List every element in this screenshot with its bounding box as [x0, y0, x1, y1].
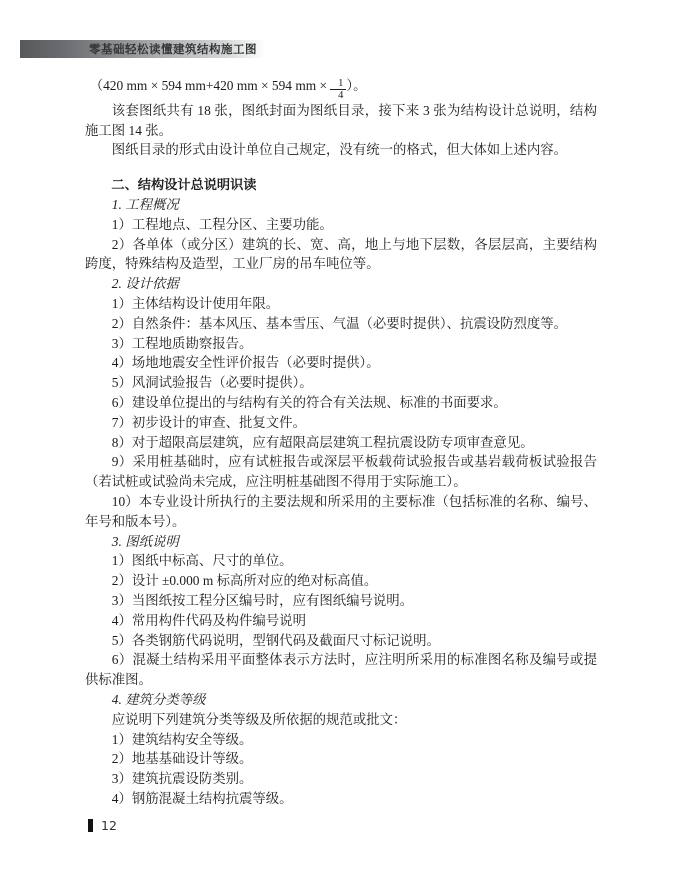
paragraph: 2）地基基础设计等级。	[85, 749, 597, 769]
formula-suffix: ）。	[346, 78, 366, 93]
formula-prefix: （420 mm × 594 mm+420 mm × 594 mm ×	[90, 78, 331, 93]
page-number: 12	[101, 818, 117, 833]
paragraph: 6）建设单位提出的与结构有关的符合有关法规、标准的书面要求。	[85, 393, 597, 413]
paragraph: 应说明下列建筑分类等级及所依据的规范或批文：	[85, 710, 597, 730]
paragraph: 3. 图纸说明	[85, 532, 597, 552]
paragraph: 3）当图纸按工程分区编号时，应有图纸编号说明。	[85, 591, 597, 611]
paragraph: 3）工程地质勘察报告。	[85, 334, 597, 354]
page-header-title: 零基础轻松读懂建筑结构施工图	[89, 41, 257, 57]
paragraph: 4）钢筋混凝土结构抗震等级。	[85, 789, 597, 809]
paragraph: 2）自然条件：基本风压、基本雪压、气温（必要时提供）、抗震设防烈度等。	[85, 314, 597, 334]
fraction-numerator: 1	[330, 78, 346, 90]
paragraph: 1）建筑结构安全等级。	[85, 730, 597, 750]
paragraph: 4）常用构件代码及构件编号说明	[85, 611, 597, 631]
fraction: 14	[330, 78, 346, 101]
paragraph: 4）场地地震安全性评价报告（必要时提供）。	[85, 353, 597, 373]
paragraph: 5）风洞试验报告（必要时提供）。	[85, 373, 597, 393]
paragraph: 2）各单体（或分区）建筑的长、宽、高，地上与地下层数，各层层高，主要结构跨度，特…	[85, 235, 597, 275]
page-footer: 12	[88, 818, 117, 833]
paragraph: 4. 建筑分类等级	[85, 690, 597, 710]
paragraph: 1）工程地点、工程分区、主要功能。	[85, 215, 597, 235]
paragraph: 9）采用桩基础时，应有试桩报告或深层平板载荷试验报告或基岩载荷板试验报告（若试桩…	[85, 452, 597, 492]
book-page: 零基础轻松读懂建筑结构施工图 （420 mm × 594 mm+420 mm ×…	[0, 0, 680, 880]
paragraph: 图纸目录的形式由设计单位自己规定，没有统一的格式，但大体如上述内容。	[85, 140, 597, 160]
fraction-denominator: 4	[330, 90, 346, 101]
header-bar: 零基础轻松读懂建筑结构施工图	[20, 40, 265, 58]
body-text: （420 mm × 594 mm+420 mm × 594 mm × 14）。 …	[85, 76, 597, 809]
paragraph: 8）对于超限高层建筑，应有超限高层建筑工程抗震设防专项审查意见。	[85, 433, 597, 453]
paragraph: 该套图纸共有 18 张，图纸封面为图纸目录，接下来 3 张为结构设计总说明，结构…	[85, 101, 597, 141]
paragraph: 7）初步设计的审查、批复文件。	[85, 413, 597, 433]
paragraph: 10）本专业设计所执行的主要法规和所采用的主要标准（包括标准的名称、编号、年号和…	[85, 492, 597, 532]
paragraph: 二、结构设计总说明识读	[85, 175, 597, 195]
paragraph: 1）主体结构设计使用年限。	[85, 294, 597, 314]
page-number-marker	[88, 819, 93, 832]
paragraph: 5）各类钢筋代码说明，型钢代码及截面尺寸标记说明。	[85, 631, 597, 651]
paragraph: 2）设计 ±0.000 m 标高所对应的绝对标高值。	[85, 571, 597, 591]
paragraph: 2. 设计依据	[85, 274, 597, 294]
paragraph: 1）图纸中标高、尺寸的单位。	[85, 551, 597, 571]
paragraph: 1. 工程概况	[85, 195, 597, 215]
formula-line: （420 mm × 594 mm+420 mm × 594 mm × 14）。	[85, 76, 597, 101]
paragraph: 3）建筑抗震设防类别。	[85, 769, 597, 789]
paragraph: 6）混凝土结构采用平面整体表示方法时，应注明所采用的标准图名称及编号或提供标准图…	[85, 650, 597, 690]
